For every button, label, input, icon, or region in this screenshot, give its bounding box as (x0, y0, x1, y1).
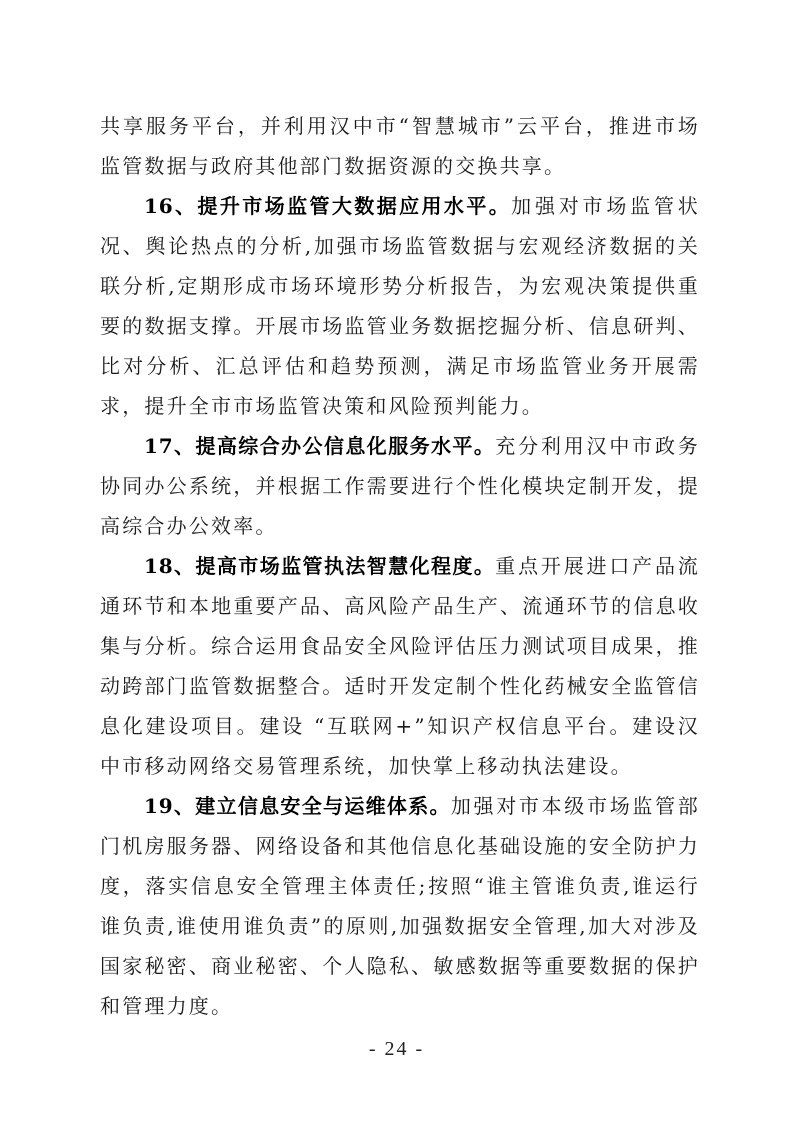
item-heading: 18、提高市场监管执法智慧化程度。 (144, 554, 495, 578)
paragraph-text: 加强对市本级市场监管部门机房服务器、网络设备和其他信息化基础设施的安全防护力度，… (100, 794, 700, 1018)
paragraph-text: 共享服务平台，并利用汉中市“智慧城市”云平台，推进市场监管数据与政府其他部门数据… (100, 114, 700, 178)
paragraph-item-18: 18、提高市场监管执法智慧化程度。重点开展进口产品流通环节和本地重要产品、高风险… (100, 546, 700, 786)
paragraph-item-17: 17、提高综合办公信息化服务水平。充分利用汉中市政务协同办公系统，并根据工作需要… (100, 426, 700, 546)
paragraph-continuation: 共享服务平台，并利用汉中市“智慧城市”云平台，推进市场监管数据与政府其他部门数据… (100, 106, 700, 186)
document-body: 共享服务平台，并利用汉中市“智慧城市”云平台，推进市场监管数据与政府其他部门数据… (100, 106, 700, 1026)
page-number: - 24 - (0, 1038, 793, 1061)
paragraph-item-19: 19、建立信息安全与运维体系。加强对市本级市场监管部门机房服务器、网络设备和其他… (100, 786, 700, 1026)
paragraph-text: 加强对市场监管状况、舆论热点的分析,加强市场监管数据与宏观经济数据的关联分析,定… (100, 194, 700, 418)
item-heading: 19、建立信息安全与运维体系。 (144, 794, 451, 818)
paragraph-item-16: 16、提升市场监管大数据应用水平。加强对市场监管状况、舆论热点的分析,加强市场监… (100, 186, 700, 426)
item-heading: 16、提升市场监管大数据应用水平。 (144, 194, 511, 218)
item-heading: 17、提高综合办公信息化服务水平。 (144, 434, 495, 458)
paragraph-text: 重点开展进口产品流通环节和本地重要产品、高风险产品生产、流通环节的信息收集与分析… (100, 554, 700, 778)
